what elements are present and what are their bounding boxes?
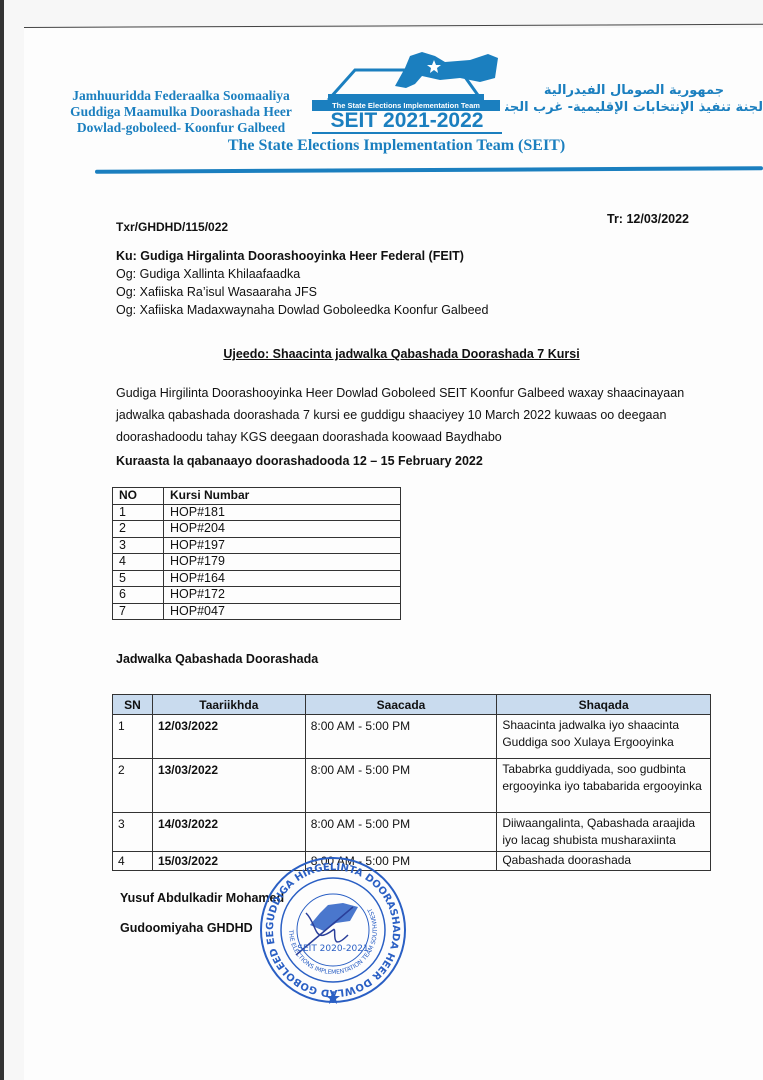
cell-time: 8:00 AM - 5:00 PM [305, 813, 497, 852]
seats-table: NO Kursi Numbar 1HOP#181 2HOP#204 3HOP#1… [112, 487, 401, 620]
cell-date: 12/03/2022 [152, 715, 305, 759]
cell-time: 8:00 AM - 5:00 PM [305, 715, 497, 759]
header-left-org: Jamhuuridda Federaalka Soomaaliya Guddig… [52, 88, 310, 136]
ballot-box-hand-icon [310, 48, 505, 102]
column-header-shaqada: Shaqada [497, 695, 711, 715]
recipients: Ku: Gudiga Hirgalinta Doorashooyinka Hee… [116, 247, 488, 319]
cell-task: Shaacinta jadwalka iyo shaacinta Guddiga… [497, 715, 711, 759]
official-stamp-icon: GUDDIGA HIRGELINTA DOORASHADA HEER DOWLA… [258, 855, 408, 1005]
letter-subject: Ujeedo: Shaacinta jadwalka Qabashada Doo… [0, 347, 763, 361]
cell-sn: 1 [113, 715, 153, 759]
cell-kursi: HOP#197 [164, 537, 401, 554]
cell-kursi: HOP#047 [164, 603, 401, 620]
cell-no: 6 [113, 587, 164, 604]
seats-heading: Kuraasta la qabanaayo doorashadooda 12 –… [116, 454, 483, 468]
table-row: 7HOP#047 [113, 603, 401, 620]
cell-no: 5 [113, 570, 164, 587]
signatory-title: Gudoomiyaha GHDHD [120, 921, 253, 935]
body-line: jadwalka qabashada doorashada 7 kursi ee… [116, 404, 716, 426]
recipient-cc: Og: Gudiga Xallinta Khilaafaadka [116, 265, 488, 283]
cell-task: Qabashada doorashada [497, 852, 711, 871]
cell-sn: 3 [113, 813, 153, 852]
header-subtitle: The State Elections Implementation Team … [0, 137, 763, 155]
table-header-row: NO Kursi Numbar [113, 488, 401, 505]
schedule-table: SN Taariikhda Saacada Shaqada 1 12/03/20… [112, 694, 711, 871]
table-row: 3HOP#197 [113, 537, 401, 554]
cell-date: 14/03/2022 [152, 813, 305, 852]
seit-logo: The State Elections Implementation Team … [310, 48, 505, 133]
cell-date: 13/03/2022 [152, 759, 305, 813]
table-header-row: SN Taariikhda Saacada Shaqada [113, 695, 711, 715]
reference-number: Txr/GHDHD/115/022 [116, 220, 228, 234]
cell-kursi: HOP#172 [164, 587, 401, 604]
cell-kursi: HOP#181 [164, 504, 401, 521]
body-line: Gudiga Hirgilinta Doorashooyinka Heer Do… [116, 382, 716, 404]
logo-title: SEIT 2021-2022 [312, 110, 502, 134]
header-right-org-arabic: جمهورية الصومال الفيدرالية لجنة تنفيذ ال… [505, 82, 763, 116]
header-left-line: Guddiga Maamulka Doorashada Heer [52, 104, 310, 120]
cell-no: 4 [113, 554, 164, 571]
table-row: 2 13/03/2022 8:00 AM - 5:00 PM Tababrka … [113, 759, 711, 813]
letter-date: Tr: 12/03/2022 [607, 212, 689, 226]
cell-sn: 2 [113, 759, 153, 813]
cell-time: 8:00 AM - 5:00 PM [305, 759, 497, 813]
header-left-line: Dowlad-goboleed- Koonfur Galbeed [52, 120, 310, 136]
cell-kursi: HOP#204 [164, 521, 401, 538]
table-row: 1 12/03/2022 8:00 AM - 5:00 PM Shaacinta… [113, 715, 711, 759]
letter-body: Gudiga Hirgilinta Doorashooyinka Heer Do… [116, 382, 716, 448]
column-header-taariikhda: Taariikhda [152, 695, 305, 715]
header-left-line: Jamhuuridda Federaalka Soomaaliya [52, 88, 310, 104]
cell-kursi: HOP#164 [164, 570, 401, 587]
scan-edge [0, 0, 4, 1080]
schedule-heading: Jadwalka Qabashada Doorashada [116, 652, 318, 666]
table-row: 4HOP#179 [113, 554, 401, 571]
table-row: 4 15/03/2022 8:00 AM - 5:00 PM Qabashada… [113, 852, 711, 871]
cell-no: 1 [113, 504, 164, 521]
cell-no: 3 [113, 537, 164, 554]
cell-kursi: HOP#179 [164, 554, 401, 571]
table-row: 2HOP#204 [113, 521, 401, 538]
cell-no: 2 [113, 521, 164, 538]
column-header-sn: SN [113, 695, 153, 715]
cell-task: Diiwaangalinta, Qabashada araajida iyo l… [497, 813, 711, 852]
recipient-to: Ku: Gudiga Hirgalinta Doorashooyinka Hee… [116, 247, 488, 265]
cell-task: Tababrka guddiyada, soo gudbinta ergooyi… [497, 759, 711, 813]
table-row: 1HOP#181 [113, 504, 401, 521]
recipient-cc: Og: Xafiiska Madaxwaynaha Dowlad Gobolee… [116, 301, 488, 319]
table-row: 6HOP#172 [113, 587, 401, 604]
recipient-cc: Og: Xafiiska Ra’isul Wasaaraha JFS [116, 283, 488, 301]
table-row: 5HOP#164 [113, 570, 401, 587]
body-line: doorashadoodu tahay KGS deegaan doorasha… [116, 426, 716, 448]
cell-no: 7 [113, 603, 164, 620]
column-header-no: NO [113, 488, 164, 505]
table-row: 3 14/03/2022 8:00 AM - 5:00 PM Diiwaanga… [113, 813, 711, 852]
column-header-kursi: Kursi Numbar [164, 488, 401, 505]
header-right-line: لجنة تنفيذ الإنتخابات الإقليمية- غرب الج… [505, 99, 763, 116]
header-right-line: جمهورية الصومال الفيدرالية [505, 82, 763, 99]
cell-sn: 4 [113, 852, 153, 871]
svg-text:SEIT 2020-2021: SEIT 2020-2021 [297, 944, 368, 954]
column-header-saacada: Saacada [305, 695, 497, 715]
